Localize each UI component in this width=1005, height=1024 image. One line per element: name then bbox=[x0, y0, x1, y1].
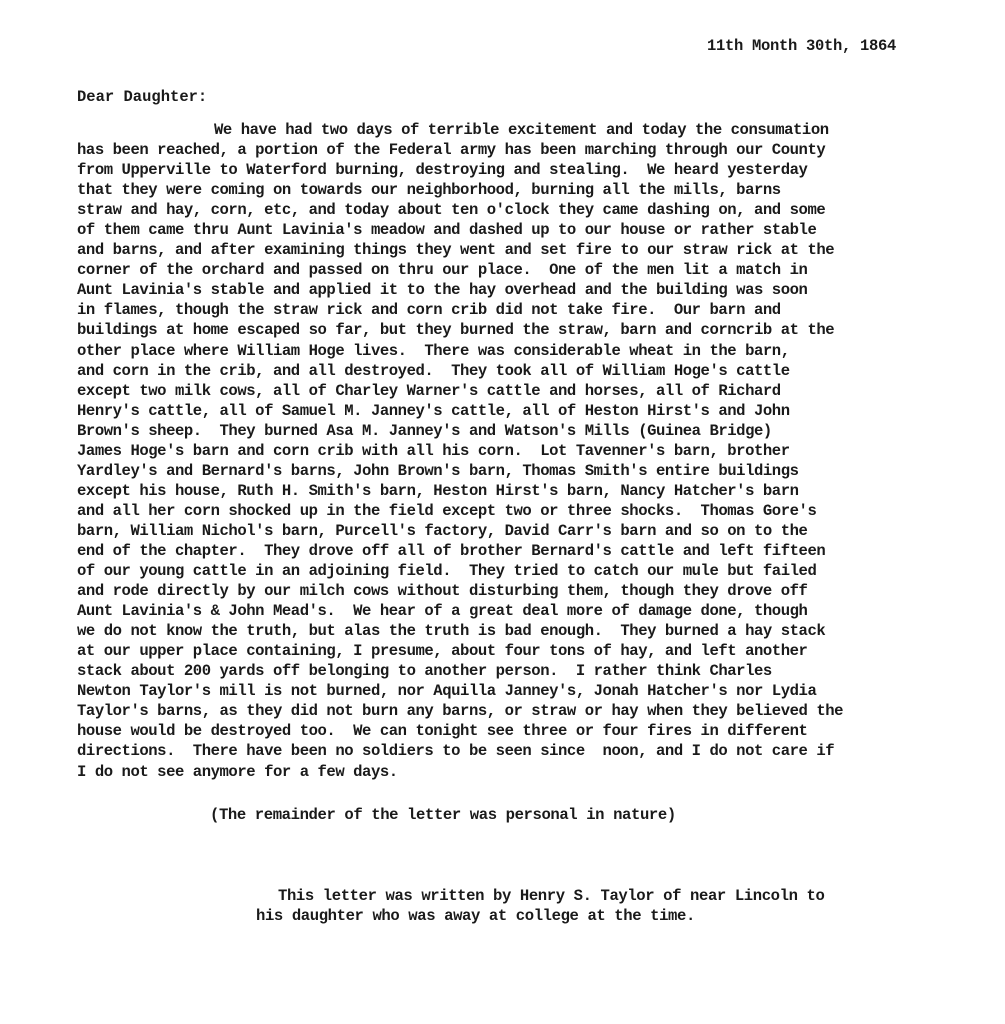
attribution-note: This letter was written by Henry S. Tayl… bbox=[256, 886, 824, 926]
body-line: and all her corn shocked up in the field… bbox=[77, 501, 957, 521]
body-line: directions. There have been no soldiers … bbox=[77, 741, 957, 761]
body-line: except his house, Ruth H. Smith's barn, … bbox=[77, 481, 957, 501]
body-line: We have had two days of terrible excitem… bbox=[77, 120, 957, 140]
body-line: buildings at home escaped so far, but th… bbox=[77, 320, 957, 340]
body-line: house would be destroyed too. We can ton… bbox=[77, 721, 957, 741]
letter-body: We have had two days of terrible excitem… bbox=[77, 120, 957, 782]
body-line: at our upper place containing, I presume… bbox=[77, 641, 957, 661]
body-line: and corn in the crib, and all destroyed.… bbox=[77, 361, 957, 381]
body-line: in flames, though the straw rick and cor… bbox=[77, 300, 957, 320]
letter-page: 11th Month 30th, 1864 Dear Daughter: We … bbox=[0, 0, 1005, 1024]
body-line: Aunt Lavinia's & John Mead's. We hear of… bbox=[77, 601, 957, 621]
body-line: Brown's sheep. They burned Asa M. Janney… bbox=[77, 421, 957, 441]
body-line: Newton Taylor's mill is not burned, nor … bbox=[77, 681, 957, 701]
body-line: end of the chapter. They drove off all o… bbox=[77, 541, 957, 561]
attribution-line: his daughter who was away at college at … bbox=[256, 906, 824, 926]
salutation: Dear Daughter: bbox=[77, 88, 207, 106]
body-line: Taylor's barns, as they did not burn any… bbox=[77, 701, 957, 721]
body-line: straw and hay, corn, etc, and today abou… bbox=[77, 200, 957, 220]
attribution-line: This letter was written by Henry S. Tayl… bbox=[256, 886, 824, 906]
body-line: and rode directly by our milch cows with… bbox=[77, 581, 957, 601]
body-line: of them came thru Aunt Lavinia's meadow … bbox=[77, 220, 957, 240]
body-line: Yardley's and Bernard's barns, John Brow… bbox=[77, 461, 957, 481]
body-line: Aunt Lavinia's stable and applied it to … bbox=[77, 280, 957, 300]
body-line: James Hoge's barn and corn crib with all… bbox=[77, 441, 957, 461]
body-line: and barns, and after examining things th… bbox=[77, 240, 957, 260]
body-line: Henry's cattle, all of Samuel M. Janney'… bbox=[77, 401, 957, 421]
body-line: other place where William Hoge lives. Th… bbox=[77, 341, 957, 361]
body-line: stack about 200 yards off belonging to a… bbox=[77, 661, 957, 681]
body-line: of our young cattle in an adjoining fiel… bbox=[77, 561, 957, 581]
body-line: except two milk cows, all of Charley War… bbox=[77, 381, 957, 401]
body-line: that they were coming on towards our nei… bbox=[77, 180, 957, 200]
body-line: we do not know the truth, but alas the t… bbox=[77, 621, 957, 641]
body-line: has been reached, a portion of the Feder… bbox=[77, 140, 957, 160]
body-line: from Upperville to Waterford burning, de… bbox=[77, 160, 957, 180]
letter-date: 11th Month 30th, 1864 bbox=[707, 37, 896, 55]
body-line: corner of the orchard and passed on thru… bbox=[77, 260, 957, 280]
remainder-note: (The remainder of the letter was persona… bbox=[210, 806, 676, 824]
body-line: barn, William Nichol's barn, Purcell's f… bbox=[77, 521, 957, 541]
body-line: I do not see anymore for a few days. bbox=[77, 762, 957, 782]
